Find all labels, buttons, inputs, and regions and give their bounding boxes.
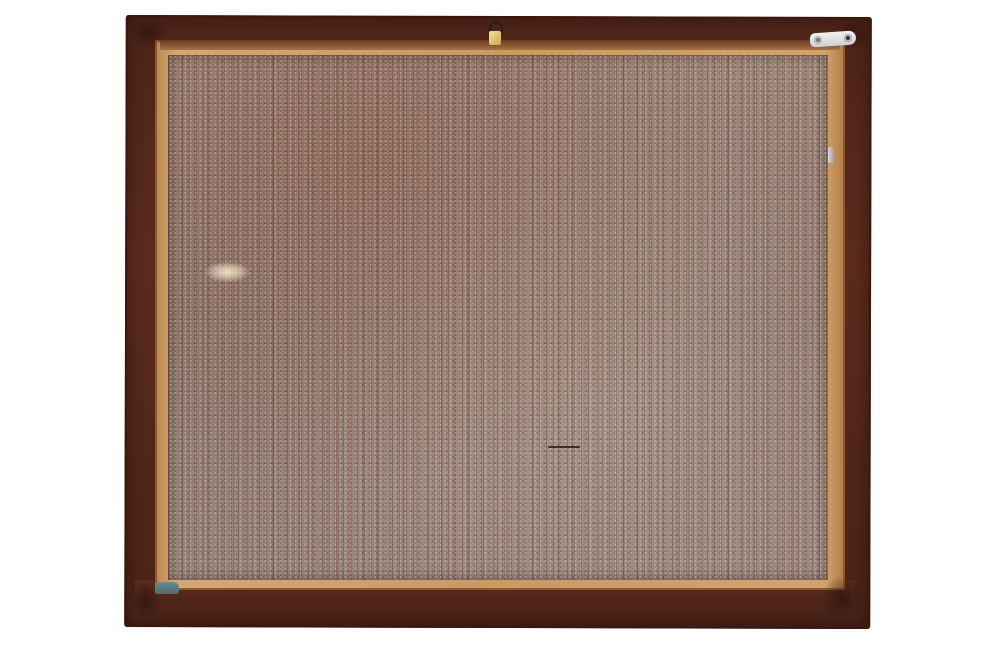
screw-hole-icon [844, 34, 853, 43]
screw-icon [814, 36, 823, 45]
canvas-texture [168, 55, 828, 580]
canvas-back [168, 55, 828, 580]
corner-fold-bottom-right [822, 575, 862, 620]
stain-line [548, 446, 580, 448]
corner-tab-icon [155, 582, 179, 594]
corner-fold-top-left [128, 18, 168, 48]
light-spot [205, 262, 250, 282]
d-ring-plate [489, 31, 501, 45]
metal-tab-icon [828, 147, 834, 163]
d-ring-hanger-icon [488, 21, 502, 45]
